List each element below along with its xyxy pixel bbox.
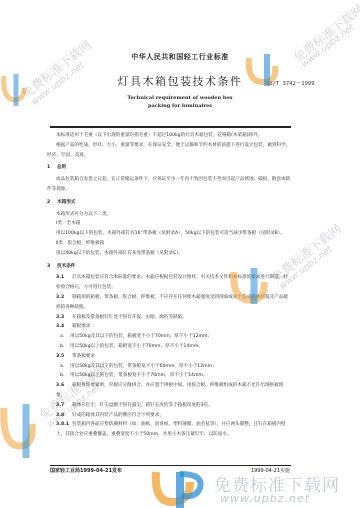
list-label: b. [60, 371, 70, 381]
clause-text: 包装箱内各面应垫防潮材料（如：油纸、沥青纸、塑料薄膜、油毛毡等），并应两头铺整，… [56, 422, 286, 437]
issue-date: 国家轻工业局1999-04-21发布 [50, 467, 122, 474]
clause-number: 3.1 [56, 273, 72, 283]
list-text: 用以50kg以上的包装，箱板宽不小于70mm，厚不小于14mm。 [70, 344, 203, 349]
type-1-text: 用以100kg以下的包装。木箱外部钉有16“带条板（见附录A），50kg以下的包… [47, 229, 292, 239]
clause-3-4-b: b.用以50kg以上的包装，箱板宽不小于70mm，厚不小于14mm。 [47, 342, 292, 352]
clause-3-1: 3.1灯具木箱包装应符合本标准的要求。木箱应根据包装设计图样、有关技术文件和本标… [47, 273, 292, 293]
list-label: a. [60, 332, 70, 342]
section-2-intro: 木箱形式可分为以下二类。 [47, 210, 292, 220]
clause-3-7: 3.7箱体应钉牢，钉尖盘倒不得有露尖，圆钉长度约等于箱板厚度的3倍。 [47, 401, 292, 411]
watermark-text-url: www.upbz.net [300, 23, 356, 70]
clause-3-8-1: 3.8.1包装箱内各面应垫防潮材料（如：油纸、沥青纸、塑料薄膜、油毛毡等），并应… [47, 420, 292, 440]
section-number: 3 [47, 262, 57, 272]
english-title: Technical requirement of wooden box pack… [0, 94, 360, 110]
section-number: 2 [47, 198, 57, 208]
type-2-text: 用以40kg以下的包装。木箱外部钉有多处带条板（见附录C）。 [47, 249, 292, 259]
clause-text: 箱板要求 [72, 324, 90, 329]
clause-3-5-b: b.用以50kg以上的包装，带条板宽不小于70mm，厚不小于14mm。 [47, 371, 292, 381]
clause-number: 3.2 [56, 293, 72, 303]
document-page: 中华人民共和国轻工行业标准 灯具木箱包装技术条件 QB/T 3742－1999 … [0, 0, 360, 508]
clause-number: 3.5 [56, 352, 72, 362]
intro-paragraph-2: 根据产品的性质、形状、大小、重量等要求，在保证安全、便于运输和节约木材的前提下进… [47, 141, 292, 161]
clause-text: 在箱板及带条板钉钉处不得有开裂、虫眼、腐朽等缺陷。 [72, 315, 187, 320]
section-1-heading: 1总则 [47, 163, 292, 173]
clause-text: 钉成的箱体其内装产品的侧应符合下列要求。 [72, 413, 164, 418]
intro-paragraph-1: 本标准适用于毛重（以下出现的重量均指毛重）不超过100kg的灯具木箱包装，花格箱… [47, 131, 292, 141]
clause-text: 箱板拼缝要紧密，窄板应分散拼合，并应置于拼板中间。用胶合板、纤维板组成的木箱不允… [56, 383, 283, 398]
list-text: 用以50kg及其以下的包装，带条板宽不小于60mm，厚不小于12mm； [70, 364, 217, 369]
section-1-text: 成品包装箱自发货之日起，在正常储运条件下，应保证至少一年内不致因包装不善而引起产… [47, 175, 292, 195]
watermark-logo-icon [0, 400, 40, 460]
type-2-label: Ⅱ类：胶合板、纤维板箱 [47, 239, 292, 249]
list-label: b. [60, 342, 70, 352]
effective-date: 1999-04-21实施 [251, 467, 290, 474]
section-3-heading: 3技术条件 [47, 262, 292, 272]
clause-3-4: 3.4箱板要求 [47, 322, 292, 332]
clause-3-2: 3.2制箱用的箱板、带条板、胶合板、纤维板，不应存在任何使木箱强度受到削弱或易于… [47, 293, 292, 313]
header-divider [50, 126, 291, 128]
watermark-text-cn-large: 免费标准下载网 [214, 471, 340, 496]
clause-text: 灯具木箱包装应符合本标准的要求。木箱应根据包装设计图样、有关技术文件和本标准的要… [56, 275, 288, 290]
english-title-line2: packing for luminaires [0, 102, 360, 110]
clause-3-5-a: a.用以50kg及其以下的包装，带条板宽不小于60mm，厚不小于12mm； [47, 362, 292, 372]
watermark-text-cn: 免费标准下载网 [18, 36, 95, 101]
section-title: 总则 [57, 165, 66, 170]
section-2-heading: 2木箱形式 [47, 198, 292, 208]
clause-number: 3.3 [56, 313, 72, 323]
watermark-text-url-large: www.upbz.net [220, 492, 310, 505]
english-title-line1: Technical requirement of wooden box [0, 94, 360, 102]
clause-text: 制箱用的箱板、带条板、胶合板、纤维板，不应存在任何使木箱强度受到削弱或易于造成箱… [56, 295, 288, 310]
section-title: 技术条件 [57, 264, 75, 269]
clause-number: 3.6 [56, 381, 72, 391]
section-title: 木箱形式 [57, 200, 75, 205]
clause-number: 3.8.1 [56, 420, 72, 430]
list-text: 用以50kg以上的包装，带条板宽不小于70mm，厚不小于14mm。 [70, 373, 207, 378]
clause-number: 3.4 [56, 322, 72, 332]
document-body: 本标准适用于毛重（以下出现的重量均指毛重）不超过100kg的灯具木箱包装，花格箱… [47, 131, 292, 440]
clause-number: 3.8 [56, 411, 72, 421]
clause-3-6: 3.6箱板拼缝要紧密，窄板应分散拼合，并应置于拼板中间。用胶合板、纤维板组成的木… [47, 381, 292, 401]
section-number: 1 [47, 163, 57, 173]
watermark-logo-icon [150, 468, 210, 508]
clause-3-3: 3.3在箱板及带条板钉钉处不得有开裂、虫眼、腐朽等缺陷。 [47, 313, 292, 323]
clause-text: 带条板要求 [72, 354, 95, 359]
clause-3-4-a: a.用以50kg及其以下的包装，箱板宽不小于70mm，厚不小于12mm； [47, 332, 292, 342]
standard-code: QB/T 3742－1999 [266, 79, 315, 87]
issuing-organization: 中华人民共和国轻工行业标准 [0, 52, 360, 62]
clause-3-5: 3.5带条板要求 [47, 352, 292, 362]
clause-3-8: 3.8钉成的箱体其内装产品的侧应符合下列要求。 [47, 411, 292, 421]
footer-divider [50, 465, 291, 466]
type-1-label: Ⅰ类：全木箱 [47, 219, 292, 229]
list-label: a. [60, 362, 70, 372]
clause-number: 3.7 [56, 401, 72, 411]
clause-text: 箱体应钉牢，钉尖盘倒不得有露尖，圆钉长度约等于箱板厚度的3倍。 [72, 403, 213, 408]
list-text: 用以50kg及其以下的包装，箱板宽不小于70mm，厚不小于12mm； [70, 334, 212, 339]
